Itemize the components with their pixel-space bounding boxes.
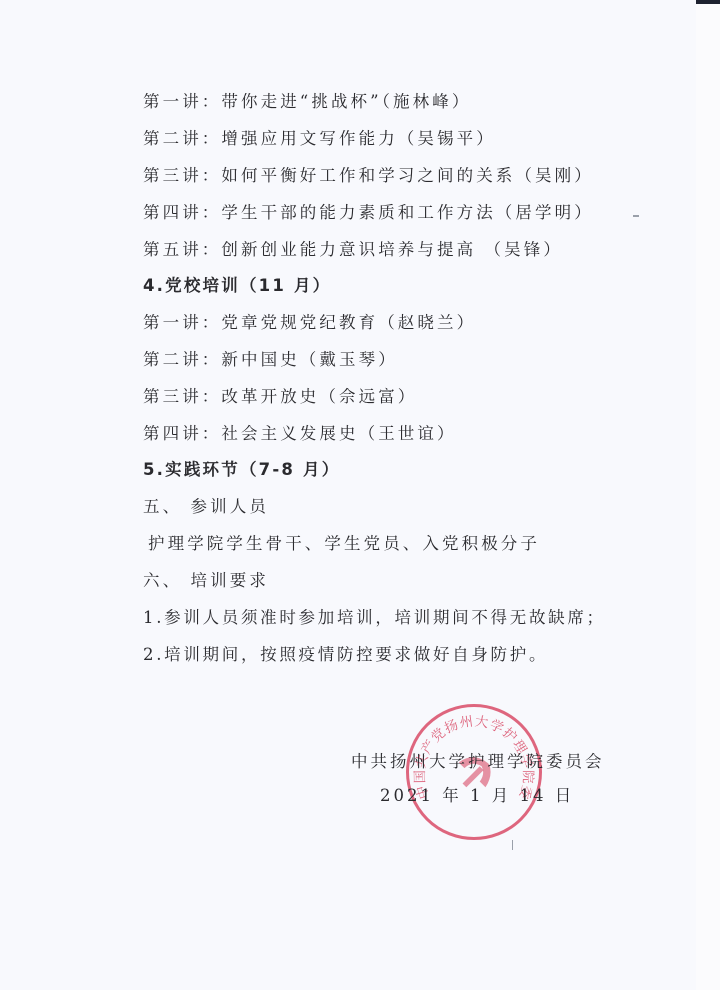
lecture-title: 新中国史（戴玉琴）	[221, 350, 397, 369]
lecture-prefix: 第三讲：	[143, 166, 221, 185]
lecture-prefix: 第一讲：	[143, 92, 221, 111]
lecture-title: 社会主义发展史（王世谊）	[221, 424, 456, 443]
lecture-line: 第一讲：党章党规党纪教育（赵晓兰）	[143, 313, 476, 333]
lecture-line: 第三讲：改革开放史（佘远富）	[143, 387, 417, 407]
lecture-line: 第四讲：社会主义发展史（王世谊）	[143, 424, 457, 444]
lecture-line: 第二讲：增强应用文写作能力（吴锡平）	[143, 129, 496, 149]
section-heading-party-school: 4.党校培训（11 月）	[143, 276, 331, 296]
lecture-title: 增强应用文写作能力（吴锡平）	[221, 129, 495, 148]
lecture-title: 党章党规党纪教育（赵晓兰）	[221, 313, 476, 332]
scan-speck	[512, 840, 513, 850]
lecture-title: 带你走进“挑战杯”（施林峰）	[221, 92, 471, 111]
official-seal: 中国共产党扬州大学护理学院委员会	[406, 704, 542, 840]
lecture-title: 学生干部的能力素质和工作方法（居学明）	[221, 203, 593, 222]
signature-organization: 中共扬州大学护理学院委员会	[351, 752, 605, 772]
part-heading-participants: 五、 参训人员	[143, 497, 269, 517]
lecture-title: 如何平衡好工作和学习之间的关系（吴刚）	[221, 166, 593, 185]
lecture-prefix: 第四讲：	[143, 424, 221, 443]
lecture-prefix: 第五讲：	[143, 240, 221, 259]
part-heading-requirements: 六、 培训要求	[143, 571, 269, 591]
lecture-prefix: 第二讲：	[143, 129, 221, 148]
lecture-prefix: 第一讲：	[143, 313, 221, 332]
signature-date: 2021 年 1 月 14 日	[380, 786, 574, 806]
lecture-prefix: 第二讲：	[143, 350, 221, 369]
lecture-line: 第一讲：带你走进“挑战杯”（施林峰）	[143, 92, 471, 112]
lecture-prefix: 第四讲：	[143, 203, 221, 222]
lecture-line: 第二讲：新中国史（戴玉琴）	[143, 350, 398, 370]
lecture-title: 改革开放史（佘远富）	[221, 387, 417, 406]
lecture-prefix: 第三讲：	[143, 387, 221, 406]
scan-edge	[696, 0, 720, 990]
participants-text: 护理学院学生骨干、学生党员、入党积极分子	[148, 534, 540, 554]
section-heading-practice: 5.实践环节（7-8 月）	[143, 460, 340, 480]
lecture-title: 创新创业能力意识培养与提高 （吴锋）	[221, 240, 563, 259]
requirement-item: 1.参训人员须准时参加培训，培训期间不得无故缺席；	[143, 608, 606, 628]
document-page: 第一讲：带你走进“挑战杯”（施林峰） 第二讲：增强应用文写作能力（吴锡平） 第三…	[0, 0, 696, 990]
lecture-line: 第四讲：学生干部的能力素质和工作方法（居学明）	[143, 203, 594, 223]
lecture-line: 第三讲：如何平衡好工作和学习之间的关系（吴刚）	[143, 166, 594, 186]
seal-emblem-icon: 中国共产党扬州大学护理学院委员会	[409, 707, 539, 837]
scan-speck	[633, 215, 639, 217]
requirement-item: 2.培训期间，按照疫情防控要求做好自身防护。	[143, 645, 548, 665]
scan-corner	[696, 0, 720, 4]
lecture-line: 第五讲：创新创业能力意识培养与提高 （吴锋）	[143, 240, 563, 260]
